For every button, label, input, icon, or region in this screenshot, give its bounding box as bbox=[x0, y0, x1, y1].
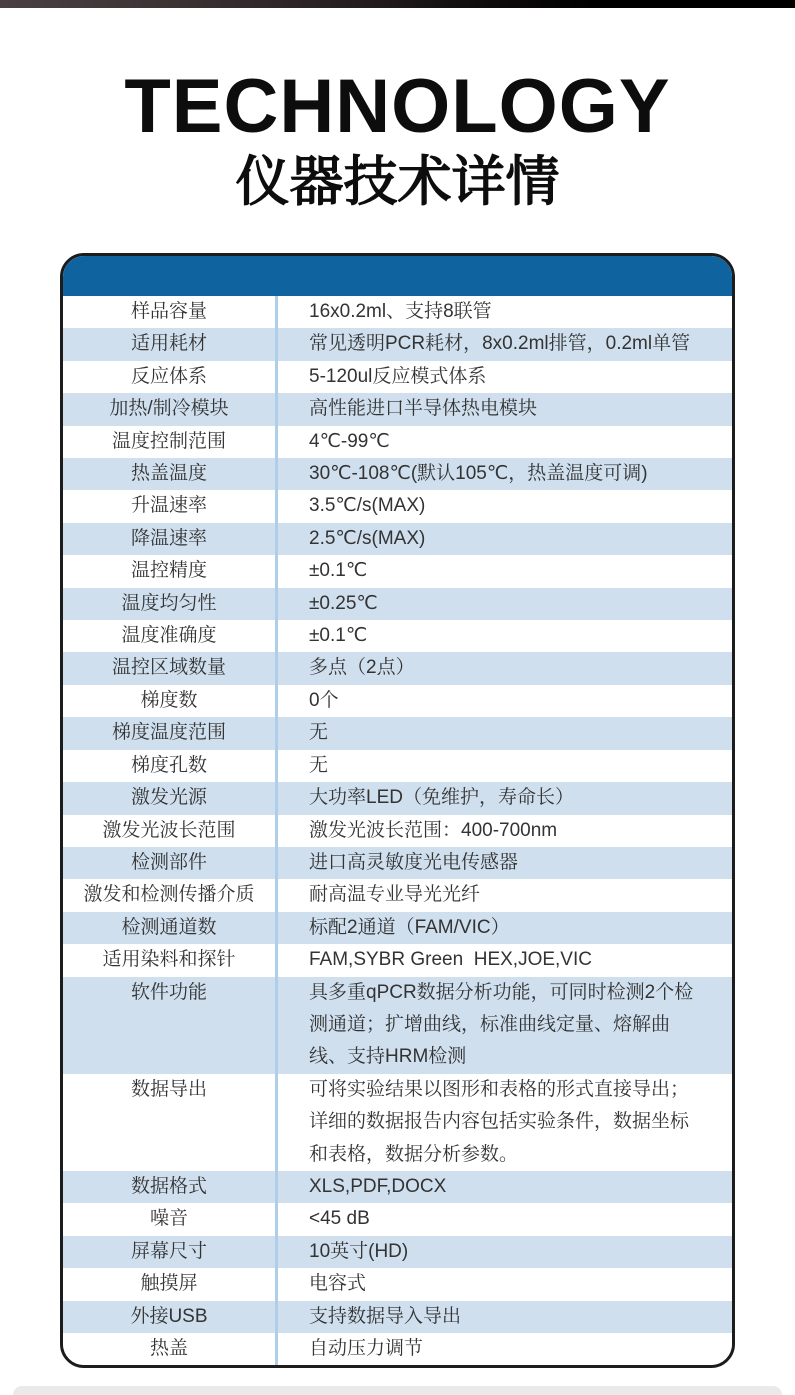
spec-value: 支持数据导入导出 bbox=[278, 1301, 732, 1333]
spec-value: 激发光波长范围：400-700nm bbox=[278, 815, 732, 847]
spec-value: 3.5℃/s(MAX) bbox=[278, 490, 732, 522]
spec-value: 进口高灵敏度光电传感器 bbox=[278, 847, 732, 879]
spec-label: 反应体系 bbox=[63, 361, 278, 393]
page-title: TECHNOLOGY bbox=[0, 68, 795, 146]
spec-label: 热盖 bbox=[63, 1333, 278, 1365]
table-row: 数据导出可将实验结果以图形和表格的形式直接导出；详细的数据报告内容包括实验条件，… bbox=[63, 1074, 732, 1171]
spec-value: 无 bbox=[278, 717, 732, 749]
spec-value: 耐高温专业导光光纤 bbox=[278, 879, 732, 911]
page-header: TECHNOLOGY 仪器技术详情 bbox=[0, 68, 795, 211]
spec-table-body: 样品容量16x0.2ml、支持8联管适用耗材常见透明PCR耗材，8x0.2ml排… bbox=[63, 296, 732, 1365]
spec-label: 温控精度 bbox=[63, 555, 278, 587]
table-row: 温度控制范围4℃-99℃ bbox=[63, 426, 732, 458]
spec-value: 16x0.2ml、支持8联管 bbox=[278, 296, 732, 328]
table-row: 触摸屏电容式 bbox=[63, 1268, 732, 1300]
spec-label: 噪音 bbox=[63, 1203, 278, 1235]
spec-label: 屏幕尺寸 bbox=[63, 1236, 278, 1268]
spec-value: XLS,PDF,DOCX bbox=[278, 1171, 732, 1203]
table-row: 适用耗材常见透明PCR耗材，8x0.2ml排管，0.2ml单管 bbox=[63, 328, 732, 360]
spec-label: 适用染料和探针 bbox=[63, 944, 278, 976]
table-row: 温度准确度±0.1℃ bbox=[63, 620, 732, 652]
spec-label: 梯度数 bbox=[63, 685, 278, 717]
table-row: 热盖温度30℃-108℃(默认105℃，热盖温度可调) bbox=[63, 458, 732, 490]
table-row: 温控精度±0.1℃ bbox=[63, 555, 732, 587]
spec-label: 降温速率 bbox=[63, 523, 278, 555]
spec-value: 5-120ul反应模式体系 bbox=[278, 361, 732, 393]
table-row: 升温速率3.5℃/s(MAX) bbox=[63, 490, 732, 522]
page-subtitle: 仪器技术详情 bbox=[0, 153, 795, 211]
spec-label: 检测部件 bbox=[63, 847, 278, 879]
spec-value: 常见透明PCR耗材，8x0.2ml排管，0.2ml单管 bbox=[278, 328, 732, 360]
spec-label: 适用耗材 bbox=[63, 328, 278, 360]
spec-label: 热盖温度 bbox=[63, 458, 278, 490]
spec-table: 样品容量16x0.2ml、支持8联管适用耗材常见透明PCR耗材，8x0.2ml排… bbox=[60, 253, 735, 1368]
spec-value: ±0.1℃ bbox=[278, 555, 732, 587]
spec-value: 自动压力调节 bbox=[278, 1333, 732, 1365]
photo-bottom-edge bbox=[0, 0, 795, 8]
spec-label: 温度准确度 bbox=[63, 620, 278, 652]
spec-label: 外接USB bbox=[63, 1301, 278, 1333]
spec-label: 软件功能 bbox=[63, 977, 278, 1074]
spec-value: ±0.25℃ bbox=[278, 588, 732, 620]
table-row: 温控区域数量多点（2点） bbox=[63, 652, 732, 684]
table-row: 检测部件进口高灵敏度光电传感器 bbox=[63, 847, 732, 879]
table-row: 适用染料和探针FAM,SYBR Green HEX,JOE,VIC bbox=[63, 944, 732, 976]
table-row: 检测通道数标配2通道（FAM/VIC） bbox=[63, 912, 732, 944]
table-row: 梯度温度范围无 bbox=[63, 717, 732, 749]
spec-value: 电容式 bbox=[278, 1268, 732, 1300]
table-row: 加热/制冷模块高性能进口半导体热电模块 bbox=[63, 393, 732, 425]
spec-label: 激发光源 bbox=[63, 782, 278, 814]
table-row: 降温速率2.5℃/s(MAX) bbox=[63, 523, 732, 555]
spec-label: 升温速率 bbox=[63, 490, 278, 522]
table-row: 梯度数0个 bbox=[63, 685, 732, 717]
spec-label: 梯度孔数 bbox=[63, 750, 278, 782]
spec-label: 温度控制范围 bbox=[63, 426, 278, 458]
table-row: 软件功能具多重qPCR数据分析功能，可同时检测2个检测通道；扩增曲线，标准曲线定… bbox=[63, 977, 732, 1074]
spec-value: 30℃-108℃(默认105℃，热盖温度可调) bbox=[278, 458, 732, 490]
spec-value: FAM,SYBR Green HEX,JOE,VIC bbox=[278, 944, 732, 976]
table-row: 外接USB支持数据导入导出 bbox=[63, 1301, 732, 1333]
spec-value: 具多重qPCR数据分析功能，可同时检测2个检测通道；扩增曲线，标准曲线定量、熔解… bbox=[278, 977, 732, 1074]
spec-label: 梯度温度范围 bbox=[63, 717, 278, 749]
table-row: 激发光源大功率LED（免维护，寿命长） bbox=[63, 782, 732, 814]
table-row: 激发光波长范围激发光波长范围：400-700nm bbox=[63, 815, 732, 847]
spec-label: 样品容量 bbox=[63, 296, 278, 328]
spec-value: 0个 bbox=[278, 685, 732, 717]
spec-label: 温控区域数量 bbox=[63, 652, 278, 684]
spec-label: 数据导出 bbox=[63, 1074, 278, 1171]
next-section-edge bbox=[13, 1386, 782, 1395]
spec-value: 高性能进口半导体热电模块 bbox=[278, 393, 732, 425]
spec-label: 检测通道数 bbox=[63, 912, 278, 944]
spec-label: 数据格式 bbox=[63, 1171, 278, 1203]
spec-label: 加热/制冷模块 bbox=[63, 393, 278, 425]
spec-value: 标配2通道（FAM/VIC） bbox=[278, 912, 732, 944]
spec-value: 2.5℃/s(MAX) bbox=[278, 523, 732, 555]
table-row: 数据格式XLS,PDF,DOCX bbox=[63, 1171, 732, 1203]
spec-label: 激发和检测传播介质 bbox=[63, 879, 278, 911]
table-row: 噪音<45 dB bbox=[63, 1203, 732, 1235]
spec-value: 10英寸(HD) bbox=[278, 1236, 732, 1268]
table-row: 激发和检测传播介质耐高温专业导光光纤 bbox=[63, 879, 732, 911]
table-row: 样品容量16x0.2ml、支持8联管 bbox=[63, 296, 732, 328]
spec-value: 可将实验结果以图形和表格的形式直接导出；详细的数据报告内容包括实验条件，数据坐标… bbox=[278, 1074, 732, 1171]
spec-value: 4℃-99℃ bbox=[278, 426, 732, 458]
table-row: 反应体系5-120ul反应模式体系 bbox=[63, 361, 732, 393]
table-row: 屏幕尺寸10英寸(HD) bbox=[63, 1236, 732, 1268]
spec-label: 温度均匀性 bbox=[63, 588, 278, 620]
spec-table-header-bar bbox=[63, 256, 732, 296]
table-row: 梯度孔数无 bbox=[63, 750, 732, 782]
spec-label: 激发光波长范围 bbox=[63, 815, 278, 847]
table-row: 温度均匀性±0.25℃ bbox=[63, 588, 732, 620]
spec-value: 多点（2点） bbox=[278, 652, 732, 684]
spec-value: ±0.1℃ bbox=[278, 620, 732, 652]
spec-label: 触摸屏 bbox=[63, 1268, 278, 1300]
spec-value: 无 bbox=[278, 750, 732, 782]
table-row: 热盖自动压力调节 bbox=[63, 1333, 732, 1365]
spec-value: <45 dB bbox=[278, 1203, 732, 1235]
spec-value: 大功率LED（免维护，寿命长） bbox=[278, 782, 732, 814]
